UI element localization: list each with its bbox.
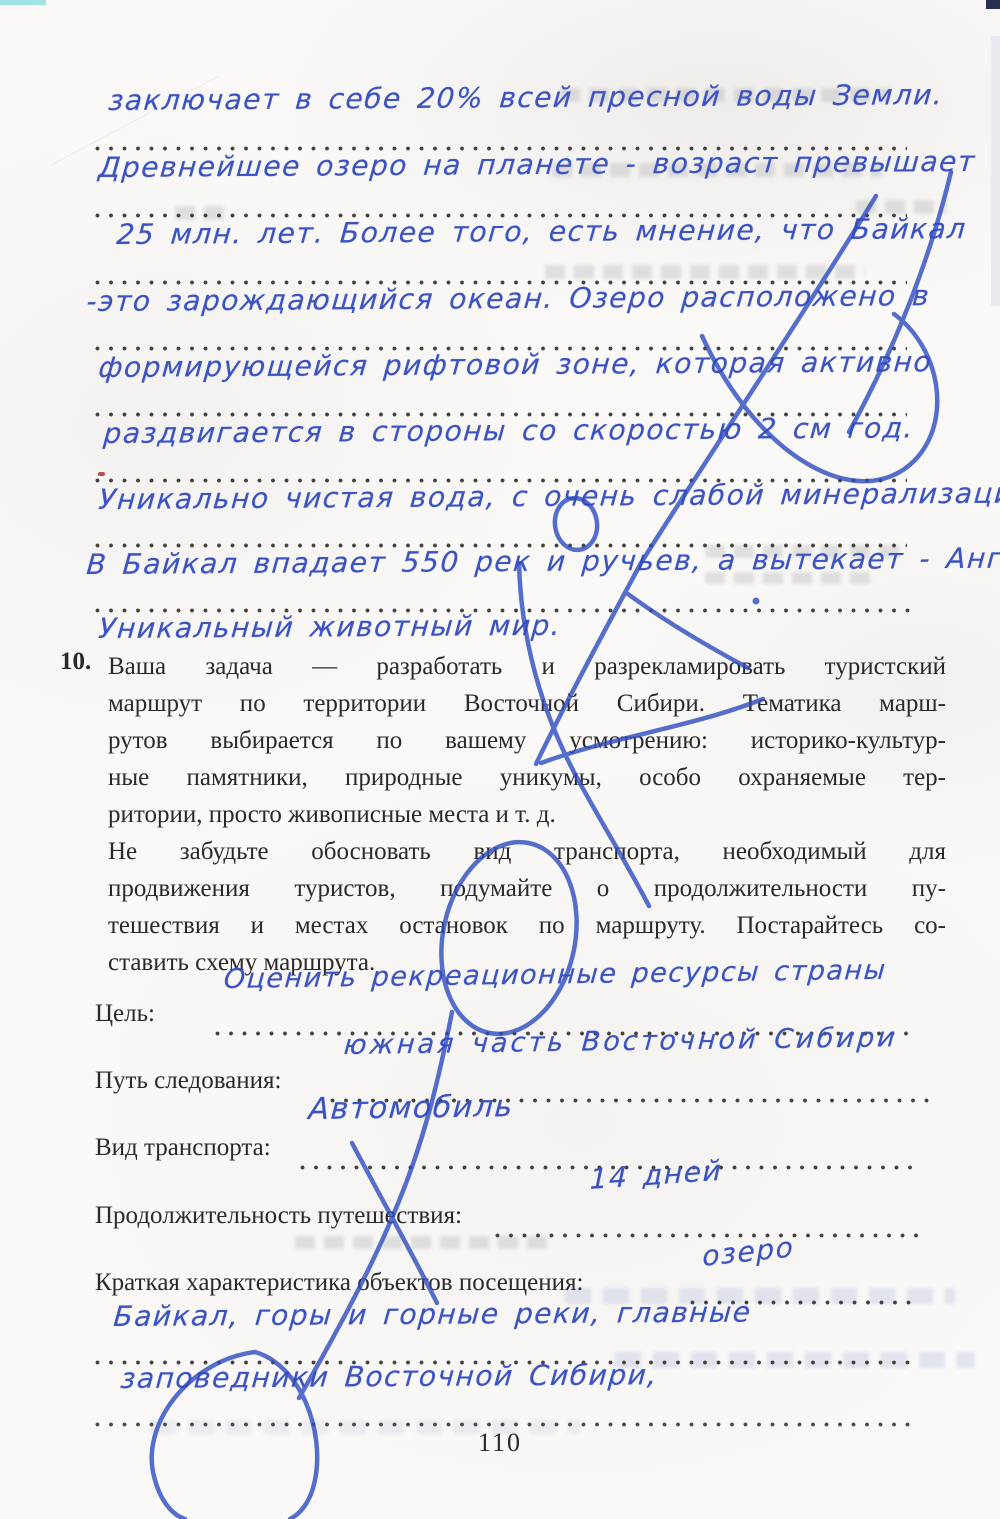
task-text-line: Не забудьте обосновать вид транспорта, н… bbox=[108, 833, 946, 870]
field-label-transport: Вид транспорта: bbox=[95, 1134, 271, 1162]
task-text-line: ные памятники, природные уникумы, особо … bbox=[108, 759, 946, 796]
dotted-line bbox=[95, 1422, 915, 1427]
handwritten-note-line: -это зарождающийся океан. Озеро располож… bbox=[85, 279, 931, 318]
field-label-goal: Цель: bbox=[95, 1000, 155, 1028]
task-text-line: рутов выбирается по вашему усмотрению: и… bbox=[108, 722, 946, 759]
continuation-line: Байкал, горы и горные реки, главные bbox=[112, 1296, 753, 1333]
handwritten-note-line: 25 млн. лет. Более того, есть мнение, чт… bbox=[115, 212, 968, 251]
task-number: 10. bbox=[60, 648, 91, 676]
field-answer-route: южная часть Восточной Сибири bbox=[343, 1022, 899, 1061]
handwritten-note-line: раздвигается в стороны со скоростью 2 см… bbox=[102, 411, 915, 450]
task-text-line: тешествия и местах остановок по маршруту… bbox=[108, 907, 946, 944]
dotted-line bbox=[495, 1233, 920, 1238]
task-text-line: ритории, просто живописные места и т. д. bbox=[108, 796, 946, 833]
page-number: 110 bbox=[0, 1428, 1000, 1458]
field-answer-duration: 14 дней bbox=[589, 1154, 722, 1196]
task-text-line: маршрут по территории Восточной Сибири. … bbox=[108, 685, 946, 722]
scan-edge-shadow bbox=[991, 36, 1000, 306]
task-text-line: продвижения туристов, подумайте о продол… bbox=[108, 870, 946, 907]
handwritten-note-line: заключает в себе 20% всей пресной воды З… bbox=[107, 78, 945, 117]
handwritten-note-line: В Байкал впадает 550 рек и ручьев, а выт… bbox=[85, 541, 1000, 581]
handwritten-note-line: формирующейся рифтовой зоне, которая акт… bbox=[97, 345, 933, 384]
task-text-line: Ваша задача — разработать и разрекламиро… bbox=[108, 648, 946, 685]
field-label-duration: Продолжительность путешествия: bbox=[95, 1202, 462, 1230]
field-label-objects: Краткая характеристика объектов посещени… bbox=[95, 1269, 583, 1297]
bleed-through-ghost bbox=[545, 265, 865, 279]
field-answer-transport: Автомобиль bbox=[307, 1089, 515, 1127]
handwritten-note-line: Уникальный животный мир. bbox=[97, 609, 562, 645]
red-ink-speck bbox=[98, 472, 105, 476]
handwritten-note-line: Уникально чистая вода, с очень слабой ми… bbox=[97, 476, 1000, 516]
workbook-page: заключает в себе 20% всей пресной воды З… bbox=[0, 0, 1000, 1519]
continuation-line: заповедники Восточной Сибири, bbox=[119, 1358, 659, 1395]
ink-dot bbox=[753, 598, 760, 605]
field-label-route: Путь следования: bbox=[95, 1067, 281, 1095]
pen-scribble-stroke bbox=[702, 314, 937, 481]
scan-edge-artifact-dark bbox=[986, 0, 1000, 9]
scan-edge-artifact-cyan bbox=[0, 0, 46, 5]
handwritten-note-line: Древнейшее озеро на планете - возраст пр… bbox=[97, 145, 977, 184]
